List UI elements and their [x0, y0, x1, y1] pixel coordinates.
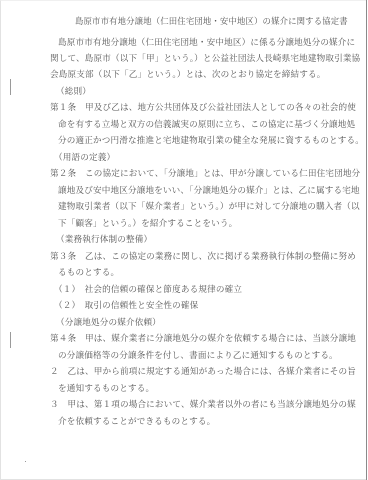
document-line: の分譲価格等の分譲条件を付し、書面により乙に通知するものとする。	[58, 351, 338, 361]
document-line: ３ 甲は、第１項の場合において、媒介業者以外の者にも当該分譲地処分の媒	[50, 400, 356, 410]
document-line: （１） 社会的信頼の確保と節度ある規律の確立	[54, 285, 242, 295]
scan-speck	[25, 461, 26, 462]
document-line: （２） 取引の信頼性と安全性の確保	[54, 301, 198, 311]
document-line: （業務執行体制の整備）	[56, 235, 152, 245]
document-line: 介を依頼することができるものとする。	[58, 417, 215, 427]
document-line: 会島原支部（以下「乙」という。）とは、次のとおり協定を締結する。	[50, 70, 326, 80]
document-line: （総則）	[56, 87, 91, 97]
margin-mark	[10, 79, 11, 95]
document-line: 下「顧客」という。）を紹介することをいう。	[58, 219, 237, 229]
page-edge	[366, 0, 367, 480]
document-line: を通知するものとする。	[58, 384, 154, 394]
document-line: （分譲地処分の媒介依頼）	[56, 318, 161, 328]
document-line: 第３条 乙は、この協定の業務に関し、次に掲げる業務執行体制の整備に努め	[50, 252, 356, 262]
margin-mark	[10, 332, 11, 348]
document-line: （用語の定義）	[54, 153, 115, 163]
document-line: 関して、島原市（以下「甲」という。）と公益社団法人長崎県宅地建物取引業協	[50, 54, 360, 64]
document-line: ２ 乙は、甲から前項に規定する通知があった場合には、各媒介業者にその旨	[50, 367, 356, 377]
document-line: 命を有する立場と双方の信義誠実の原則に立ち、この協定に基づく分譲地処	[58, 120, 355, 130]
document-line: 譲地及び安中地区分譲地をいい、「分譲地処分の媒介」とは、乙に属する宅地	[58, 186, 360, 196]
document-line: 分の適正かつ円滑な推進と宅地建物取引業の健全な発展に資するものとする。	[58, 136, 364, 146]
document-line: 第２条 この協定において、「分譲地」とは、甲が分譲している仁田住宅団地分	[50, 169, 360, 179]
document-line: 島原市市有地分譲地（仁田住宅団地・安中地区）に係る分譲地処分の媒介に	[58, 38, 355, 48]
document-page: 島原市市有地分譲地（仁田住宅団地・安中地区）の媒介に関する協定書 島原市市有地分…	[0, 0, 367, 480]
document-line: 第１条 甲及び乙は、地方公共団体及び公益社団法人としての各々の社会的使	[50, 103, 356, 113]
document-line: 第４条 甲は、媒介業者に分譲地処分の媒介を依頼する場合には、当該分譲地	[50, 334, 356, 344]
document-line: 建物取引業者（以下「媒介業者」という。）が甲に対して分譲地の購入者（以	[58, 202, 360, 212]
document-line: るものとする。	[58, 268, 119, 278]
document-title: 島原市市有地分譲地（仁田住宅団地・安中地区）の媒介に関する協定書	[75, 16, 348, 26]
